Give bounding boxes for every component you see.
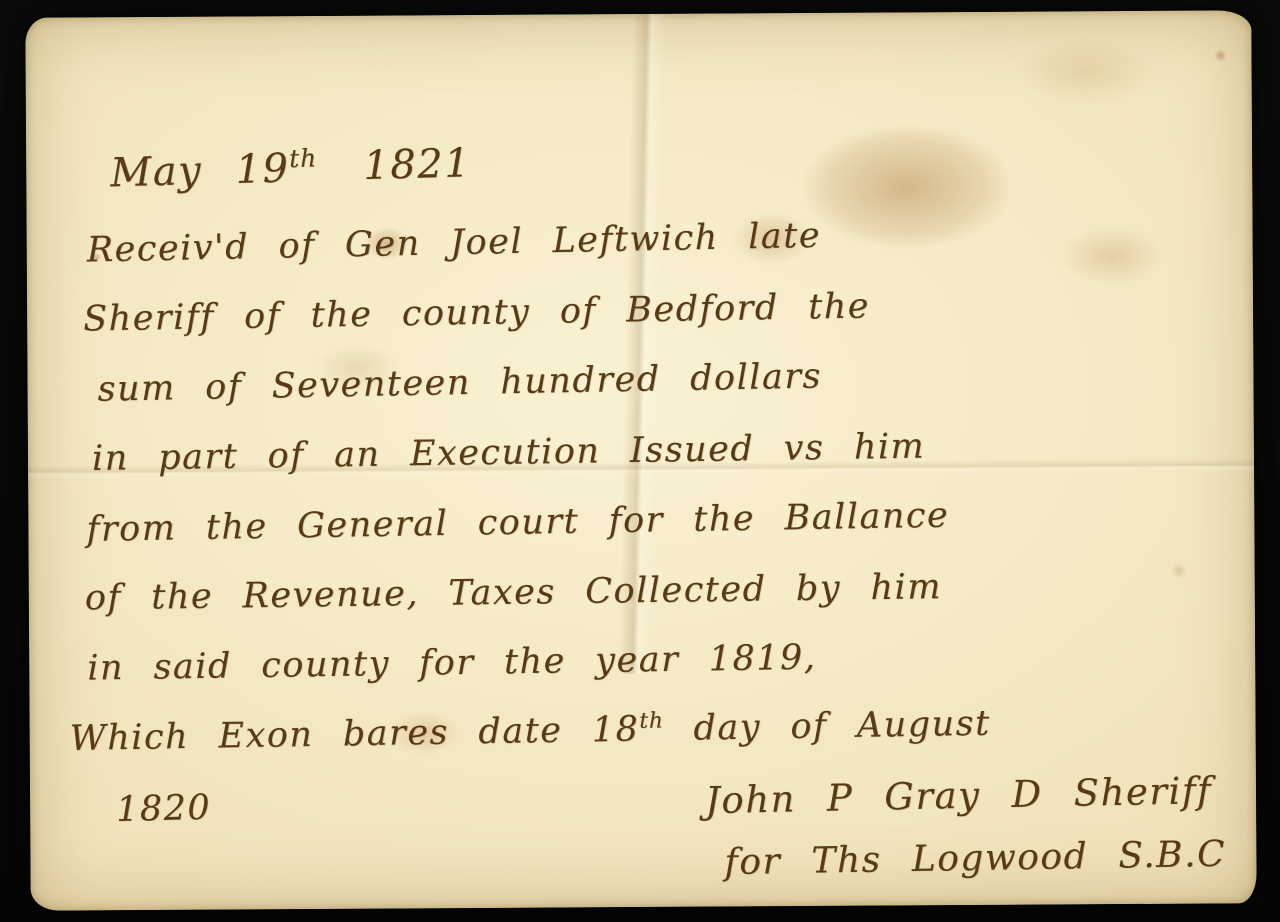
- line-text: 1820: [116, 788, 212, 830]
- signature-line-1: John P Gray D Sheriff: [705, 769, 1213, 822]
- handwritten-line: Sheriff of the county of Bedford the: [83, 286, 870, 339]
- line-ordinal: th: [639, 708, 664, 733]
- line-text: Receiv'd of Gen Joel Leftwich late: [86, 216, 821, 271]
- date-line: May 19th1821: [110, 139, 472, 196]
- line-text: of the Revenue, Taxes Collected by him: [85, 567, 943, 618]
- scanner-background: May 19th1821 Receiv'd of Gen Joel Leftwi…: [0, 0, 1280, 922]
- handwritten-line: Receiv'd of Gen Joel Leftwich late: [86, 216, 821, 271]
- handwritten-line: of the Revenue, Taxes Collected by him: [85, 567, 943, 618]
- document-paper: May 19th1821 Receiv'd of Gen Joel Leftwi…: [25, 10, 1256, 910]
- handwritten-line: Which Exon bares date 18th day of August: [69, 703, 991, 759]
- handwritten-line: in part of an Execution Issued vs him: [92, 427, 926, 479]
- line-text: Sheriff of the county of Bedford the: [83, 286, 870, 339]
- date-ordinal: th: [289, 143, 318, 173]
- date-year: 1821: [363, 141, 472, 190]
- line-text: from the General court for the Ballance: [86, 496, 949, 550]
- line-text: in said county for the year 1819,: [87, 638, 817, 689]
- line-text: Which Exon bares date 18: [69, 710, 639, 759]
- signature-text: John P Gray D Sheriff: [705, 769, 1213, 822]
- line-text: day of August: [664, 704, 991, 749]
- handwritten-line: from the General court for the Ballance: [86, 496, 949, 550]
- line-text: in part of an Execution Issued vs him: [92, 427, 926, 479]
- signature-text: for Ths Logwood S.B.C: [724, 834, 1226, 883]
- handwritten-line: sum of Seventeen hundred dollars: [97, 356, 822, 409]
- handwritten-line: in said county for the year 1819,: [87, 638, 817, 689]
- line-text: sum of Seventeen hundred dollars: [97, 356, 822, 409]
- date-day: May 19: [110, 146, 290, 197]
- signature-line-2: for Ths Logwood S.B.C: [724, 834, 1226, 883]
- closing-year: 1820: [116, 788, 212, 830]
